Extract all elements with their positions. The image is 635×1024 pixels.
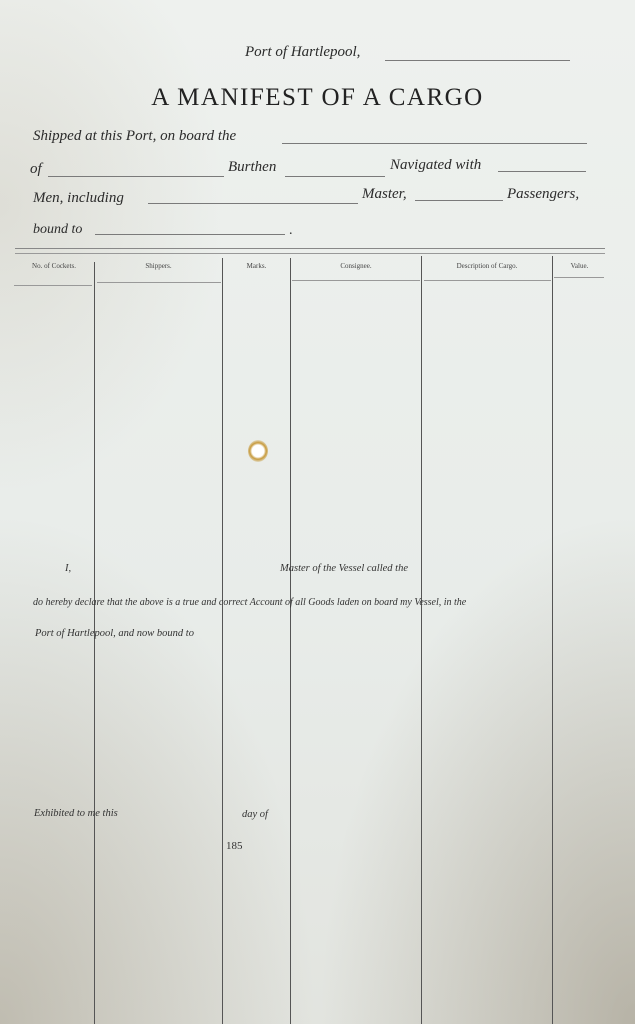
separator-bottom xyxy=(15,253,605,254)
port-label: Port of Hartlepool, xyxy=(245,44,360,61)
shipped-label: Shipped at this Port, on board the xyxy=(33,128,236,145)
master-blank xyxy=(415,200,503,201)
passengers-label: Passengers, xyxy=(507,186,579,203)
separator-top xyxy=(15,248,605,249)
of-label: of xyxy=(30,161,42,178)
bound-to-blank xyxy=(95,234,285,235)
bound-to-label: bound to xyxy=(33,222,82,238)
of-blank xyxy=(48,176,224,177)
column-divider xyxy=(552,256,553,1024)
port-blank xyxy=(385,60,570,61)
declaration-port: Port of Hartlepool, and now bound to xyxy=(35,628,194,639)
declaration-i: I, xyxy=(65,563,71,574)
page-title: A MANIFEST OF A CARGO xyxy=(0,84,635,112)
declaration-master: Master of the Vessel called the xyxy=(280,563,408,574)
column-divider xyxy=(290,258,291,1024)
declaration-statement: do hereby declare that the above is a tr… xyxy=(33,597,466,608)
col-header-cockets: No. of Cockets. xyxy=(14,262,94,270)
punch-hole xyxy=(248,440,268,462)
column-divider xyxy=(94,262,95,1024)
year-prefix: 185 xyxy=(226,840,243,852)
burthen-label: Burthen xyxy=(228,159,276,176)
header-rule xyxy=(14,285,92,286)
column-divider xyxy=(421,256,422,1024)
vessel-name-blank xyxy=(282,143,587,144)
exhibited-label: Exhibited to me this xyxy=(34,808,118,819)
header-rule xyxy=(554,277,604,278)
header-rule xyxy=(292,280,420,281)
col-header-shippers: Shippers. xyxy=(95,262,222,270)
master-label: Master, xyxy=(362,186,407,203)
column-divider xyxy=(222,258,223,1024)
men-blank xyxy=(148,203,358,204)
col-header-value: Value. xyxy=(552,262,607,270)
men-label: Men, including xyxy=(33,190,124,207)
manifest-document: Port of Hartlepool, A MANIFEST OF A CARG… xyxy=(0,0,635,1024)
header-rule xyxy=(424,280,551,281)
navigated-label: Navigated with xyxy=(390,157,481,174)
day-of-label: day of xyxy=(242,809,268,820)
col-header-marks: Marks. xyxy=(223,262,290,270)
col-header-consignee: Consignee. xyxy=(291,262,421,270)
burthen-blank xyxy=(285,176,385,177)
navigated-blank xyxy=(498,171,586,172)
bound-to-period: . xyxy=(289,223,293,239)
header-rule xyxy=(97,282,221,283)
col-header-description: Description of Cargo. xyxy=(422,262,552,270)
